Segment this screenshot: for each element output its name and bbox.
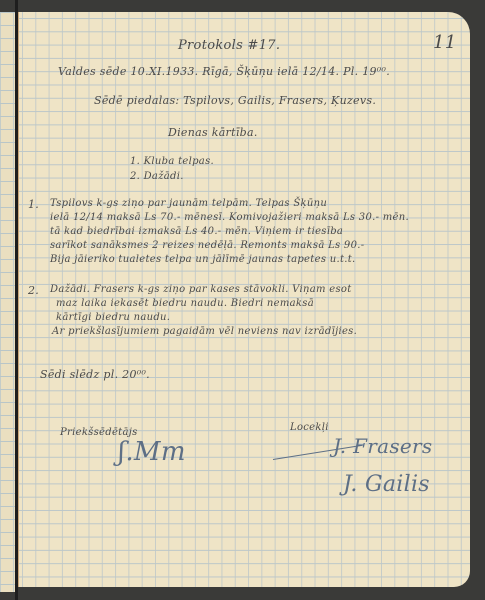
section-line: ielā 12/14 maksā Ls 70.- mēnesī. Komivoj… — [50, 212, 409, 223]
section-line: sarīkot sanāksmes 2 reizes nedēļā. Remon… — [50, 240, 364, 251]
agenda-item: 2. Dažādi. — [130, 171, 184, 182]
member-signature: J. Frasers — [333, 434, 432, 458]
section-number: 2. — [28, 284, 39, 297]
meeting-line: Valdes sēde 10.XI.1933. Rīgā, Šķūņu ielā… — [58, 65, 390, 78]
section-line: Dažādi. Frasers k-gs ziņo par kases stāv… — [50, 284, 352, 295]
closing-line: Sēdi slēdz pl. 20⁰⁰. — [40, 368, 150, 381]
notebook-page: 11 Protokols #17. Valdes sēde 10.XI.1933… — [18, 12, 470, 587]
section-line: kārtīgi biedru naudu. — [56, 312, 170, 323]
agenda-heading: Dienas kārtība. — [168, 126, 258, 139]
document-title: Protokols #17. — [178, 38, 280, 53]
chair-signature: ʃ.Mm — [118, 437, 186, 467]
member-signature: J. Gailis — [343, 472, 430, 497]
attendees-line: Sēdē piedalas: Tspilovs, Gailis, Frasers… — [94, 94, 376, 107]
previous-page-edge — [0, 12, 16, 592]
agenda-item: 1. Kluba telpas. — [130, 156, 214, 167]
section-line: Tspilovs k-gs ziņo par jaunām telpām. Te… — [50, 198, 327, 209]
section-line: Ar priekšlasījumiem pagaidām vēl neviens… — [52, 326, 357, 337]
secretary-label: Locekļi — [290, 422, 329, 433]
page-number: 11 — [433, 32, 457, 53]
section-line: Bija jāieriko tualetes telpa un jālīmē j… — [50, 254, 356, 265]
page-margin-line — [18, 12, 19, 587]
section-line: tā kad biedrībai izmaksā Ls 40.- mēn. Vi… — [50, 226, 343, 237]
section-line: maz laika iekasēt biedru naudu. Biedri n… — [56, 298, 314, 309]
section-number: 1. — [28, 198, 39, 211]
